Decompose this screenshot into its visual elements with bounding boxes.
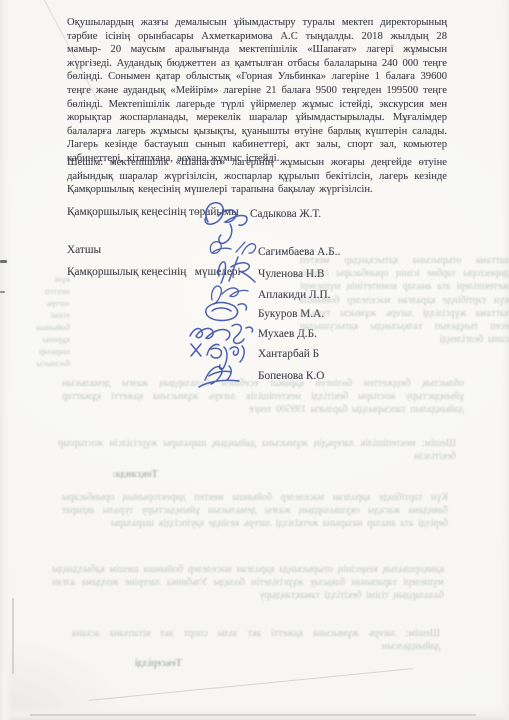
page-edge-mark <box>0 260 7 263</box>
bleed-through-text: облыстық бюджеттен бөлінген қаражат есеб… <box>62 377 464 433</box>
bleed-through-text: хаттама отырысына қатысқандар мектеп дир… <box>300 254 509 390</box>
page-bottom-edge <box>30 714 476 716</box>
bleed-through-text: Күн тәртібінде қаралған мәселелер бойынш… <box>62 491 448 561</box>
bleed-through-text: қамқоршылық кеңесінің отырысында қаралға… <box>52 563 444 625</box>
bleed-through-text: Тексерілді <box>72 657 182 670</box>
bleed-through-text: Шешім: мектепішілік лагерьдің жұмысына д… <box>58 437 456 467</box>
bleed-through-text: күні мектеп лагерь тізімі бойынша құрамы… <box>22 273 70 391</box>
scanner-streak <box>12 598 14 674</box>
bleed-through-text: Тоқсанда: <box>58 468 158 481</box>
page-edge-mark <box>0 291 5 293</box>
scanned-protocol-page: күні мектеп лагерь тізімі бойынша құрамы… <box>0 0 509 720</box>
secretary-label: Хатшы <box>67 244 101 256</box>
decision-paragraph: Шешім: мектепішілік «Шапағат» лагерінің … <box>67 156 447 197</box>
paper-crease-line <box>89 668 414 701</box>
bleed-through-text: Шешім: лагерь жұмысына қажетті акт залы … <box>72 627 440 655</box>
signature-member-6 <box>193 360 249 390</box>
body-paragraph: Оқушылардың жазғы демалысын ұйымдастыру … <box>67 16 447 166</box>
